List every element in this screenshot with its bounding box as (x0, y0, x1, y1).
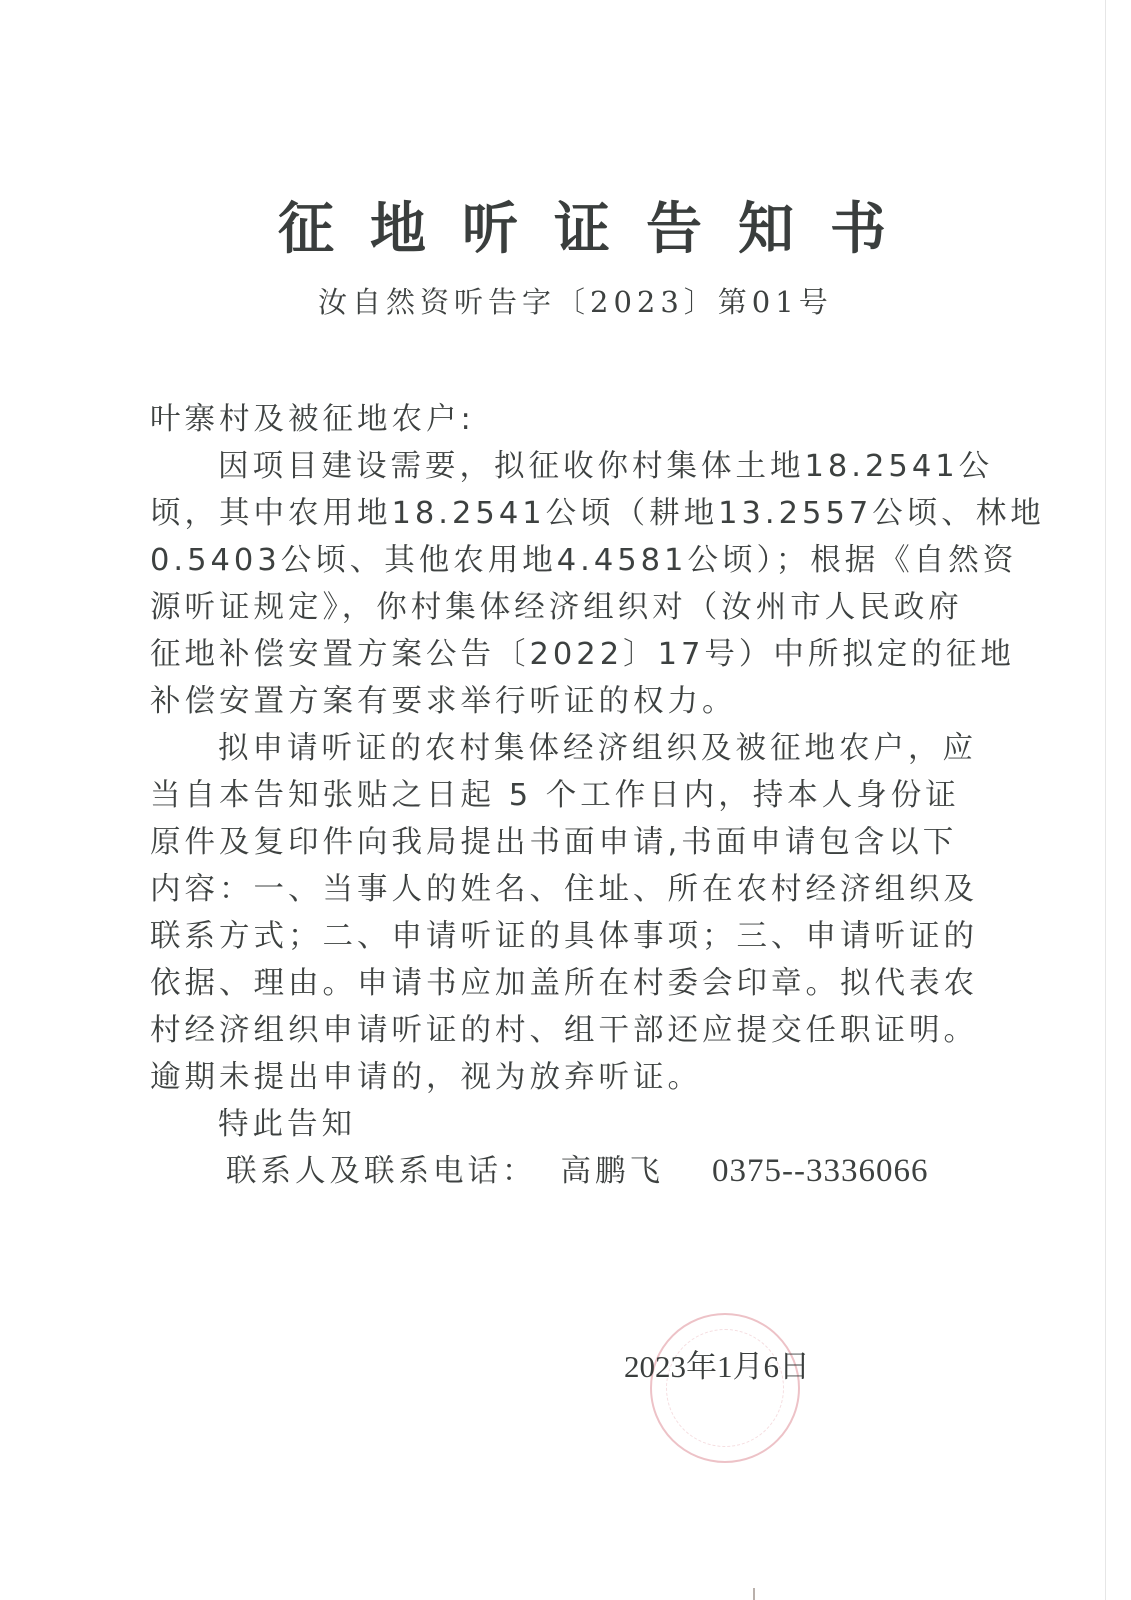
contact-phone: 0375--3336066 (712, 1153, 928, 1189)
body-line: 顷，其中农用地18.2541公顷（耕地13.2557公顷、林地 (150, 490, 970, 537)
body-line: 源听证规定》，你村集体经济组织对（汝州市人民政府 (150, 584, 970, 631)
document-body: 叶寨村及被征地农户: 因项目建设需要，拟征收你村集体土地18.2541公 顷，其… (150, 396, 970, 1195)
body-line: 内容：一、当事人的姓名、住址、所在农村经济组织及 (150, 866, 970, 913)
body-line: 补偿安置方案有要求举行听证的权力。 (150, 678, 970, 725)
body-line: 当自本告知张贴之日起 5 个工作日内，持本人身份证 (150, 772, 970, 819)
salutation: 叶寨村及被征地农户: (150, 396, 970, 443)
contact-line: 联系人及联系电话：高鹏飞0375--3336066 (150, 1148, 970, 1195)
body-line: 原件及复印件向我局提出书面申请,书面申请包含以下 (150, 819, 970, 866)
body-line: 村经济组织申请听证的村、组干部还应提交任职证明。 (150, 1007, 970, 1054)
contact-name: 高鹏飞 (561, 1154, 665, 1189)
document-title: 征地听证告知书 (278, 196, 858, 262)
closing-text: 特此告知 (150, 1101, 970, 1148)
scan-artifact-mark (753, 1588, 755, 1600)
body-line: 拟申请听证的农村集体经济组织及被征地农户，应 (150, 725, 970, 772)
document-number: 汝自然资听告字〔2023〕第01号 (318, 283, 833, 321)
body-line: 征地补偿安置方案公告〔2022〕17号）中所拟定的征地 (150, 631, 970, 678)
contact-label: 联系人及联系电话： (226, 1154, 537, 1189)
body-line: 联系方式；二、申请听证的具体事项；三、申请听证的 (150, 913, 970, 960)
body-line: 逾期未提出申请的，视为放弃听证。 (150, 1054, 970, 1101)
body-line: 因项目建设需要，拟征收你村集体土地18.2541公 (150, 443, 970, 490)
scan-edge-line (1105, 0, 1106, 1600)
document-page: 征地听证告知书 汝自然资听告字〔2023〕第01号 叶寨村及被征地农户: 因项目… (0, 0, 1131, 1600)
body-line: 0.5403公顷、其他农用地4.4581公顷）；根据《自然资 (150, 537, 970, 584)
body-line: 依据、理由。申请书应加盖所在村委会印章。拟代表农 (150, 960, 970, 1007)
document-date: 2023年1月6日 (624, 1345, 810, 1389)
